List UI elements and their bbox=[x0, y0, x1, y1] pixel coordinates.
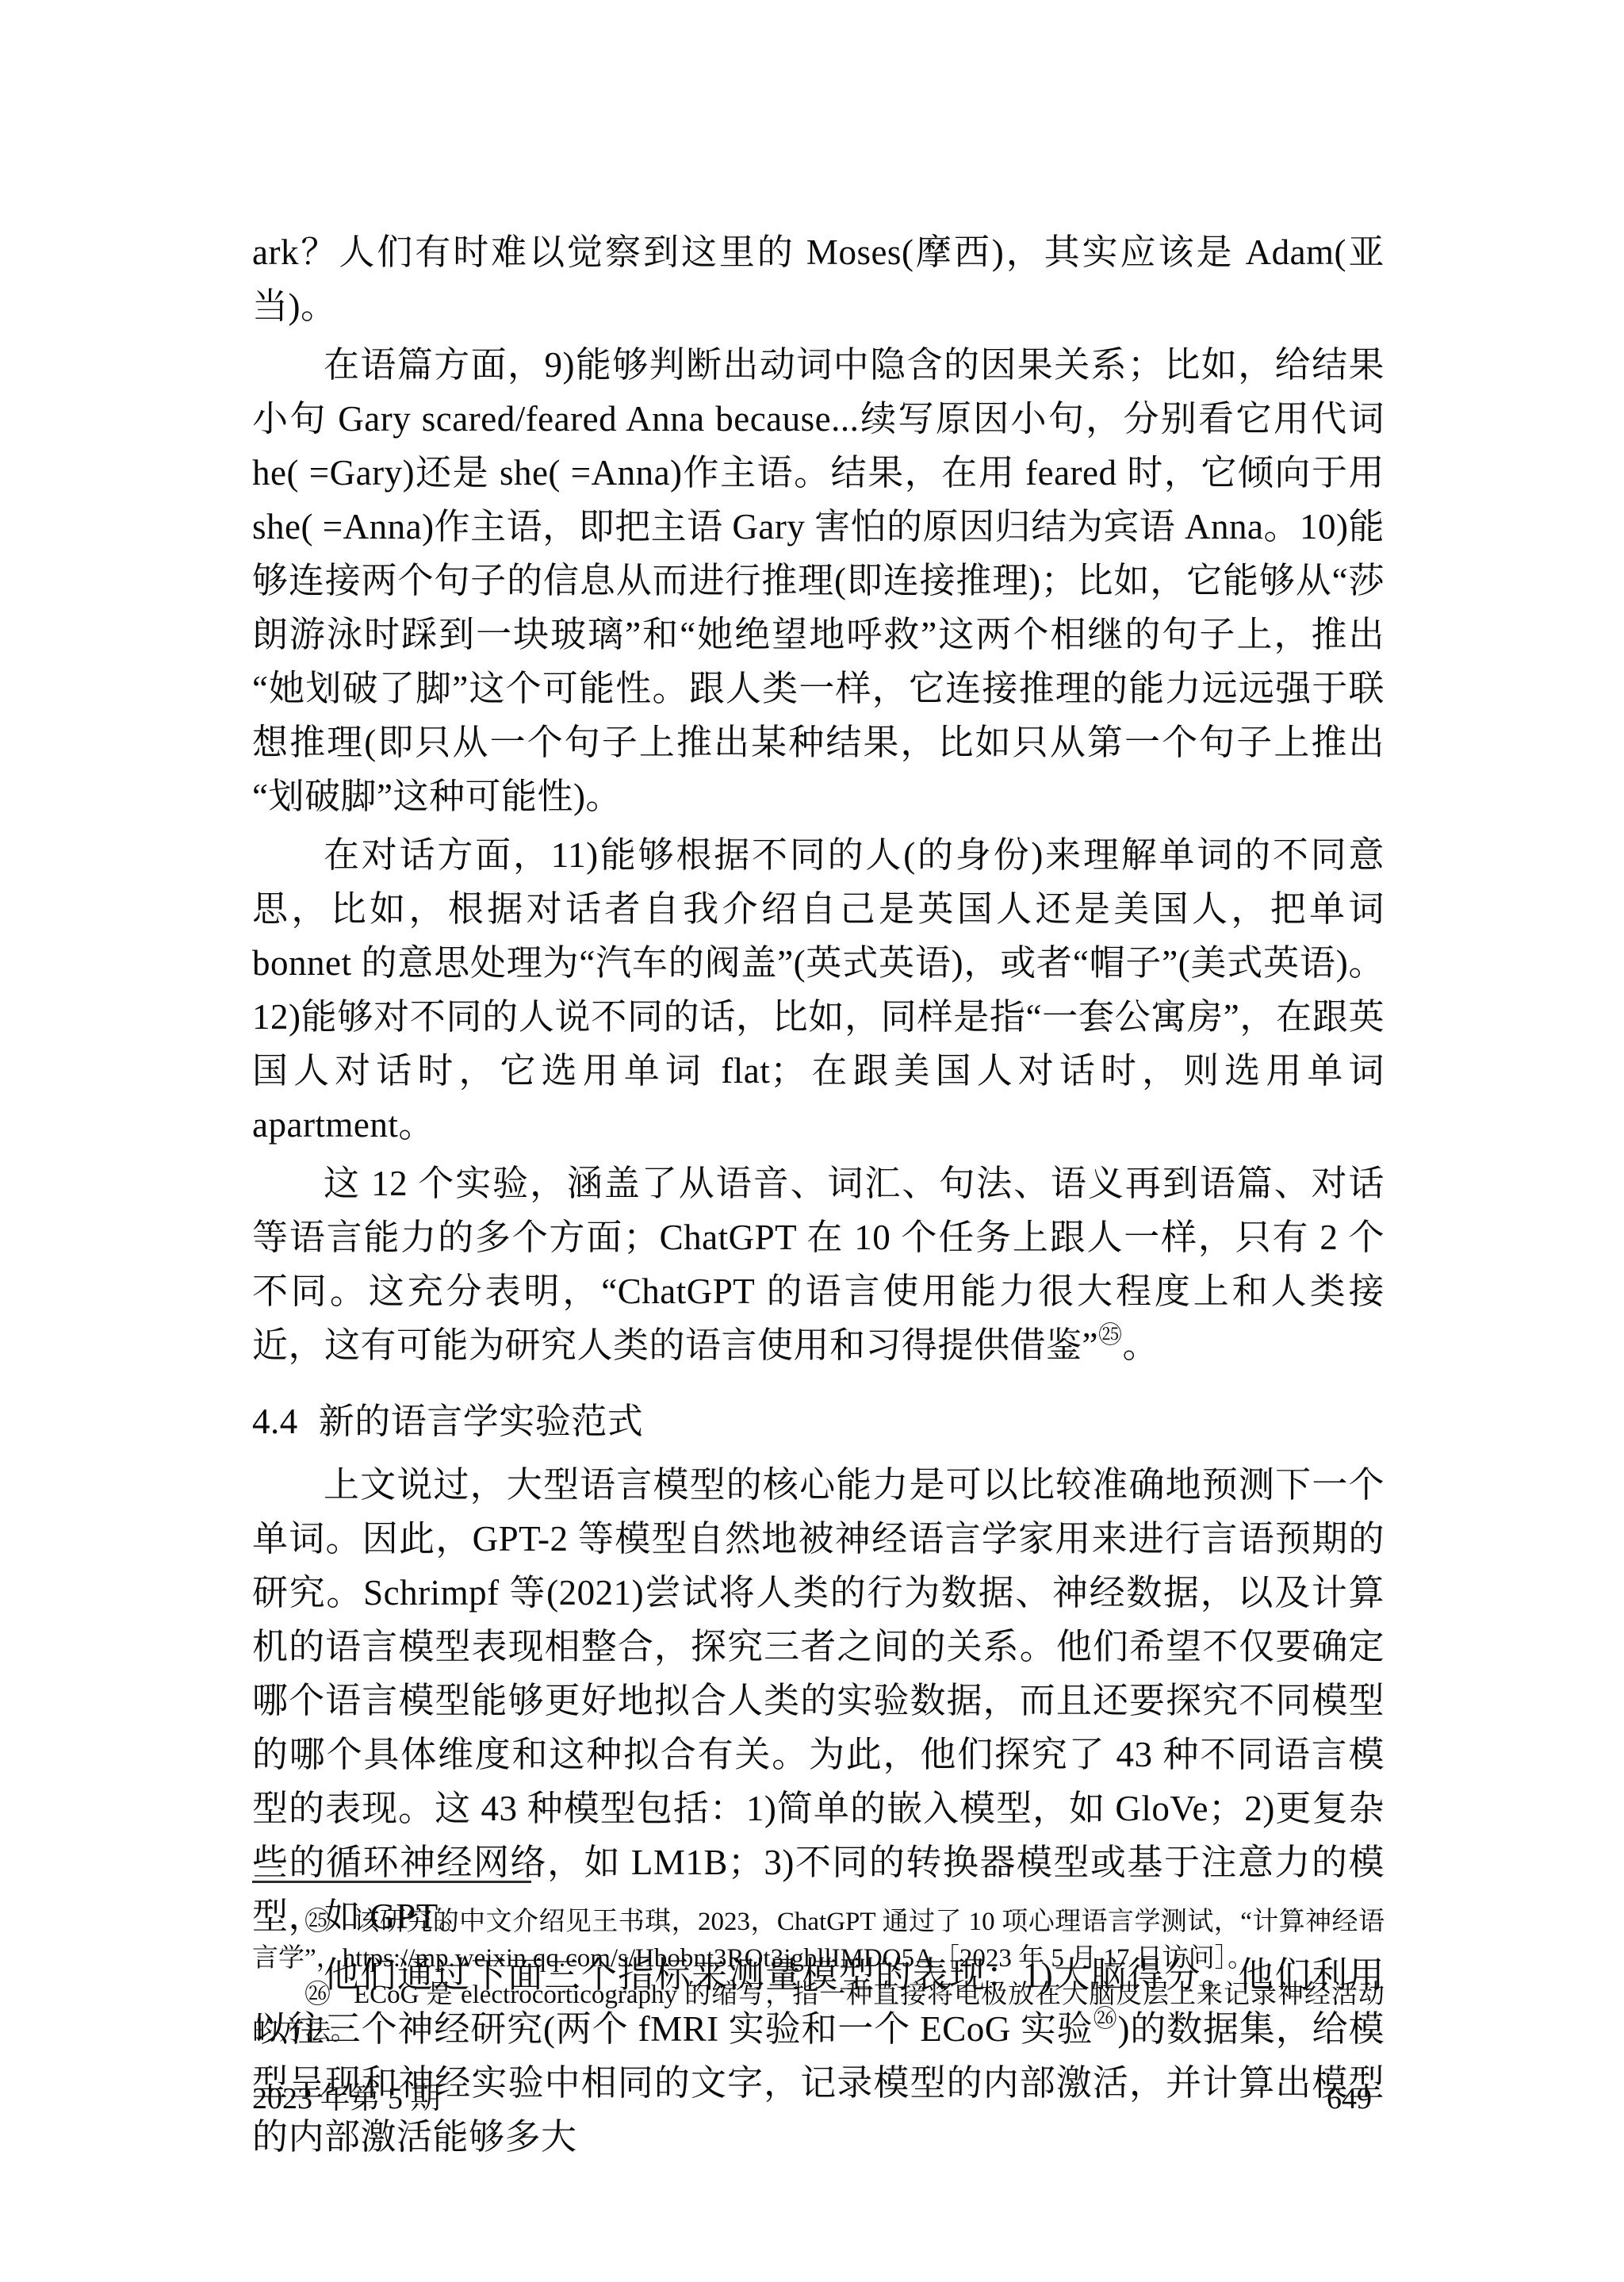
page-footer: 2023 年第 5 期 649 bbox=[252, 2081, 1372, 2116]
paragraph-dialogue: 在对话方面，11)能够根据不同的人(的身份)来理解单词的不同意思，比如，根据对话… bbox=[252, 828, 1385, 1152]
paragraph-text: 这 12 个实验，涵盖了从语音、词汇、句法、语义再到语篇、对话等语言能力的多个方… bbox=[252, 1164, 1385, 1365]
paragraph-continued: ark？人们有时难以觉察到这里的 Moses(摩西)，其实应该是 Adam(亚当… bbox=[252, 225, 1385, 333]
section-heading-4-4: 4.4新的语言学实验范式 bbox=[252, 1394, 1385, 1448]
footnote-marker: ㉕ bbox=[304, 1908, 331, 1936]
footnote-ref-25: ㉕ bbox=[1098, 1322, 1123, 1348]
footnote-25: ㉕该研究的中文介绍见王书琪，2023，ChatGPT 通过了 10 项心理语言学… bbox=[252, 1904, 1385, 1977]
footnote-text: 该研究的中文介绍见王书琪，2023，ChatGPT 通过了 10 项心理语言学测… bbox=[252, 1908, 1385, 1973]
footnote-separator bbox=[252, 1881, 531, 1883]
journal-page: ark？人们有时难以觉察到这里的 Moses(摩西)，其实应该是 Adam(亚当… bbox=[0, 0, 1624, 2282]
paragraph-summary: 这 12 个实验，涵盖了从语音、词汇、句法、语义再到语篇、对话等语言能力的多个方… bbox=[252, 1156, 1385, 1372]
footnote-marker: ㉖ bbox=[304, 1981, 331, 2009]
page-number: 649 bbox=[1327, 2081, 1372, 2116]
section-title: 新的语言学实验范式 bbox=[319, 1402, 644, 1441]
paragraph-discourse: 在语篇方面，9)能够判断出动词中隐含的因果关系；比如，给结果小句 Gary sc… bbox=[252, 338, 1385, 823]
paragraph-paradigm: 上文说过，大型语言模型的核心能力是可以比较准确地预测下一个单词。因此，GPT-2… bbox=[252, 1458, 1385, 1943]
paragraph-text: 。 bbox=[1122, 1325, 1159, 1365]
footnote-26: ㉖ECoG 是 electrocorticography 的缩写，指一种直接将电… bbox=[252, 1977, 1385, 2050]
journal-issue: 2023 年第 5 期 bbox=[252, 2081, 441, 2116]
page-text-column: ark？人们有时难以觉察到这里的 Moses(摩西)，其实应该是 Adam(亚当… bbox=[252, 225, 1385, 2169]
footnote-section: ㉕该研究的中文介绍见王书琪，2023，ChatGPT 通过了 10 项心理语言学… bbox=[252, 1881, 1385, 2050]
section-number: 4.4 bbox=[252, 1402, 298, 1441]
footnote-text: ECoG 是 electrocorticography 的缩写，指一种直接将电极… bbox=[252, 1981, 1385, 2046]
